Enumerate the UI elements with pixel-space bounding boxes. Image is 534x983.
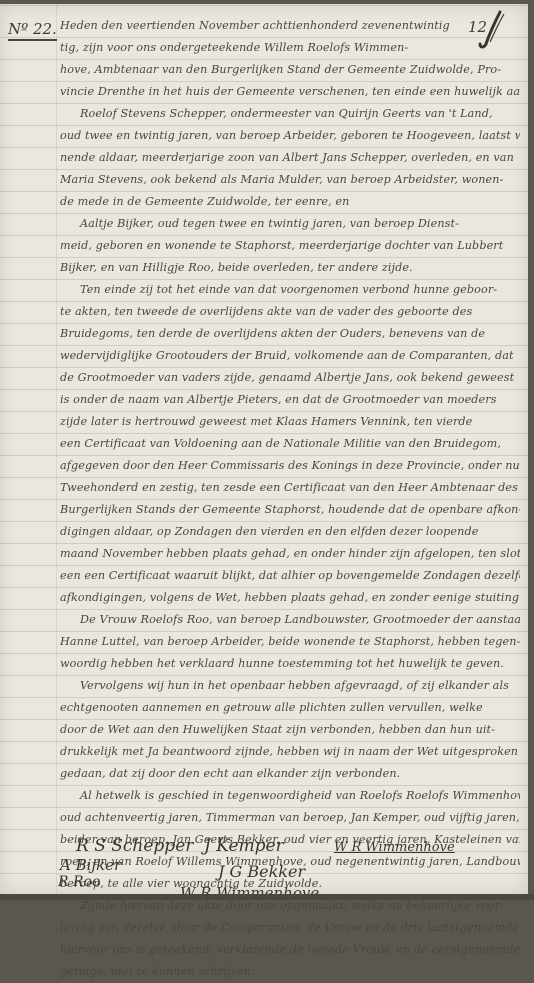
body-line: Tweehonderd en zestig, ten zesde een Cer… [60,477,520,499]
entry-body: Heden den veertienden November achttienh… [60,15,520,900]
body-line: Hanne Luttel, van beroep Arbeider, beide… [60,631,520,653]
body-line: gedaan, dat zij door den echt aan elkand… [60,763,520,785]
body-line: is onder de naam van Albertje Pieters, e… [60,389,520,411]
signature-block: R S Schepper A Bijker R Roo J Kemper J G… [0,824,528,900]
body-line: echtgenooten aannemen en getrouw alle pl… [60,697,520,719]
body-line: maand November hebben plaats gehad, en o… [60,543,520,565]
signature-groom: R S Schepper [76,836,193,856]
entry-number: Nº 22. [8,20,57,41]
body-line: een een Certificaat waaruit blijkt, dat … [60,565,520,587]
signature-witness-kemper: J Kemper [204,836,284,856]
signature-official: W R Wimmenhove [334,840,455,855]
body-line: afgegeven door den Heer Commissaris des … [60,455,520,477]
body-line: woordig hebben het verklaard hunne toest… [60,653,520,675]
body-line: digingen aldaar, op Zondagen den vierden… [60,521,520,543]
page-edge-bottom [0,894,534,900]
body-line: meid, geboren en wonende te Staphorst, m… [60,235,520,257]
signature-grandmother: R Roo [58,874,100,890]
body-line: te akten, ten tweede de overlijdens akte… [60,301,520,323]
body-line: hove, Ambtenaar van den Burgerlijken Sta… [60,59,520,81]
body-line: vincie Drenthe in het huis der Gemeente … [60,81,520,103]
body-line: Burgerlijken Stands der Gemeente Staphor… [60,499,520,521]
body-line: wedervijdiglijke Grootouders der Bruid, … [60,345,520,367]
body-line: drukkelijk met Ja beantwoord zijnde, heb… [60,741,520,763]
body-line: door de Wet aan den Huwelijken Staat zij… [60,719,520,741]
body-line: Bijker, en van Hilligje Roo, beide overl… [60,257,520,279]
body-line-bride: Aaltje Bijker, oud tegen twee en twintig… [60,213,520,235]
margin-rule [56,4,57,894]
body-line: nende aldaar, meerderjarige zoon van Alb… [60,147,520,169]
body-line: zijde later is hertrouwd geweest met Kla… [60,411,520,433]
body-line: de mede in de Gemeente Zuidwolde, ter ee… [60,191,520,213]
signature-bride: A Bijker [60,856,121,874]
page-edge-right [528,0,534,900]
body-line: Bruidegoms, ten derde de overlijdens akt… [60,323,520,345]
register-page: Nº 22. 12 Heden den veertienden November… [0,4,528,894]
body-line: Heden den veertienden November achttienh… [60,15,520,37]
body-line: afkondigingen, volgens de Wet, hebben pl… [60,587,520,609]
body-line: een Certificaat van Voldoening aan de Na… [60,433,520,455]
body-line: tig, zijn voor ons ondergeteekende Wille… [60,37,520,59]
body-line-groom: Roelof Stevens Schepper, ondermeester va… [60,103,520,125]
body-line: oud twee en twintig jaren, van beroep Ar… [60,125,520,147]
body-line: de Grootmoeder van vaders zijde, genaamd… [60,367,520,389]
body-line: De Vrouw Roelofs Roo, van beroep Landbou… [60,609,520,631]
body-line: Maria Stevens, ook bekend als Maria Muld… [60,169,520,191]
body-line: Ten einde zij tot het einde van dat voor… [60,279,520,301]
body-line: Vervolgens wij hun in het openbaar hebbe… [60,675,520,697]
body-line: Al hetwelk is geschied in tegenwoordighe… [60,785,520,807]
signature-witness-bekker: J G Bekker [218,862,305,881]
